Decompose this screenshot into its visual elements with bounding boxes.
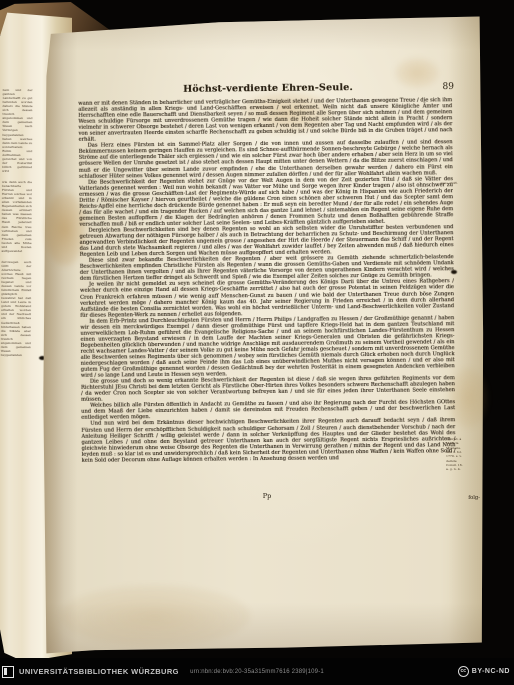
facing-text-block: nem und der gantzen Landschafft zu gut b… xyxy=(2,88,33,173)
footer-license-block: cc BY-NC-ND xyxy=(458,666,510,677)
paragraph: In dem Erb-Printz und Durchleuchtigsten … xyxy=(80,315,455,379)
margin-note-citation: Conrad. à Medicis. Mysnens. und 1. fol. … xyxy=(446,437,476,472)
license-label: BY-NC-ND xyxy=(472,668,510,675)
footer-library-block: UNIVERSITÄTSBIBLIOTHEK WÜRZBURG xyxy=(2,666,179,678)
catchword: folg- xyxy=(468,495,480,501)
library-logo-icon xyxy=(2,666,14,678)
viewer-footer: UNIVERSITÄTSBIBLIOTHEK WÜRZBURG urn:nbn:… xyxy=(0,658,514,685)
paragraph: Dergleichen Beschwerlichkeiten sind bey … xyxy=(79,224,453,258)
margin-note-anno: Anno 1546. xyxy=(440,182,458,186)
body-text: wann er mit denen Ständen in beharrliche… xyxy=(78,97,456,493)
scan-background: nem und der gantzen Landschafft zu gut b… xyxy=(0,0,514,685)
paragraph: Die Beschwerlichkeit der Regenten stehet… xyxy=(79,176,453,228)
stain xyxy=(60,585,250,647)
citation-line: a. g. n. 4. xyxy=(446,467,476,471)
paragraph: Die grosse und doch so wenig erkannte Be… xyxy=(81,375,455,403)
paragraph: Diese sind zwar bekandte Beschwerlichkei… xyxy=(80,254,454,282)
facing-text-block: wie dann auch die benachbarte Fürsten un… xyxy=(1,180,32,253)
paragraph: wann er mit denen Ständen in beharrliche… xyxy=(78,97,452,143)
creative-commons-icon: cc xyxy=(458,666,469,677)
library-name: UNIVERSITÄTSBIBLIOTHEK WÜRZBURG xyxy=(19,667,179,676)
paragraph: Und nun wird bei dem Erkäntnus dieser ho… xyxy=(81,418,455,464)
facing-text-block: derowegen auch GOtt der Allerhöchste sol… xyxy=(1,260,32,357)
urn-label: urn:nbn:de:bvb:20-35a315mm7616 2389|109-… xyxy=(190,669,324,675)
page-number: 89 xyxy=(442,82,454,92)
paragraph: Je weilen ihr nicht gemeldet zu seyn sch… xyxy=(80,279,454,319)
signature-mark: Pp xyxy=(80,492,454,500)
facing-page-text: nem und der gantzen Landschafft zu gut b… xyxy=(0,88,33,550)
paragraph: Das Herz eines Fürsten ist ein Sammel-Pl… xyxy=(79,140,453,180)
